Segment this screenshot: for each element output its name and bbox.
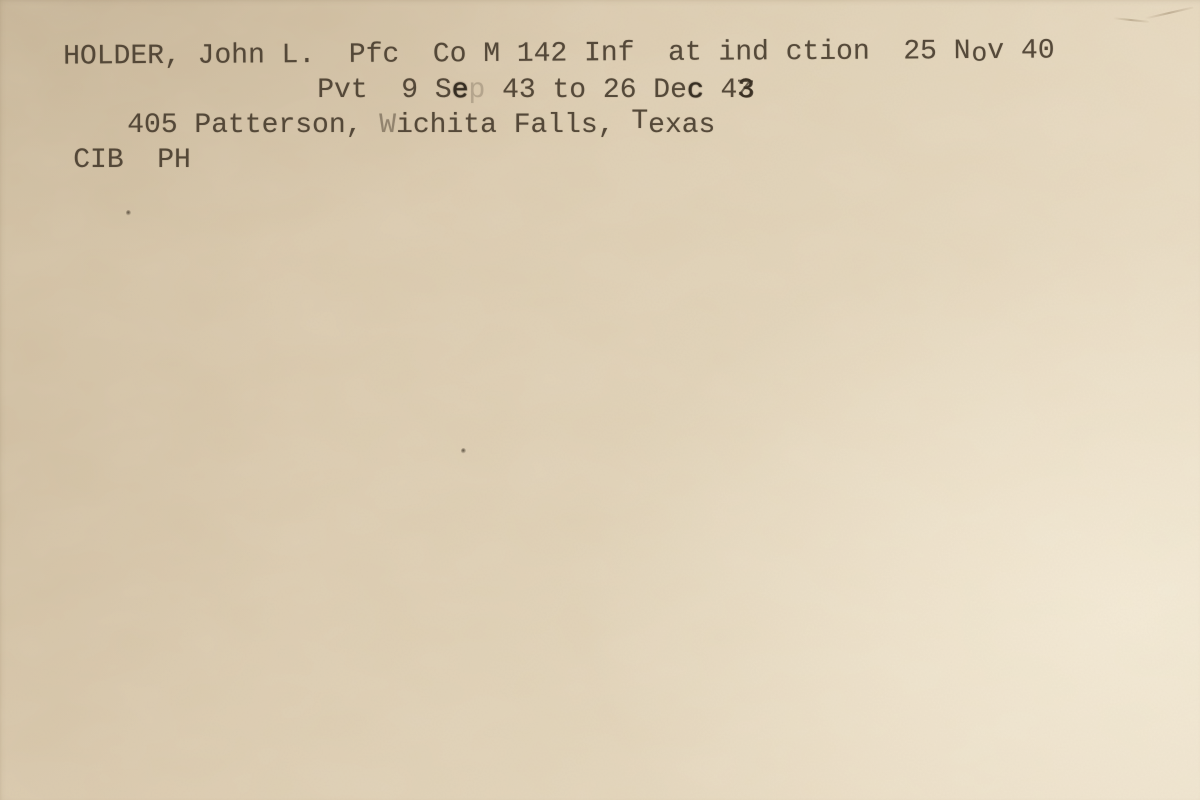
overstruck-digit: 3	[737, 75, 754, 106]
awards-text: CIB PH	[73, 145, 191, 176]
paper-crease	[1144, 6, 1193, 19]
paper-speck	[461, 448, 466, 454]
line3-tail: exas	[648, 110, 715, 141]
typed-line-awards: CIB PH	[6, 119, 191, 203]
line3-mid: ichita Falls,	[396, 110, 631, 141]
overstruck-digit-wrap: 3	[737, 77, 754, 105]
line1-tail: v 40	[987, 36, 1054, 67]
paper-speck	[126, 210, 131, 216]
nov-lowered-o: o	[971, 42, 987, 68]
wichita-faint-w: W	[379, 110, 396, 141]
scanned-card: HOLDER, John L. Pfc Co M 142 Inf at ind …	[0, 0, 1200, 800]
texas-raised-t: T	[631, 108, 648, 136]
